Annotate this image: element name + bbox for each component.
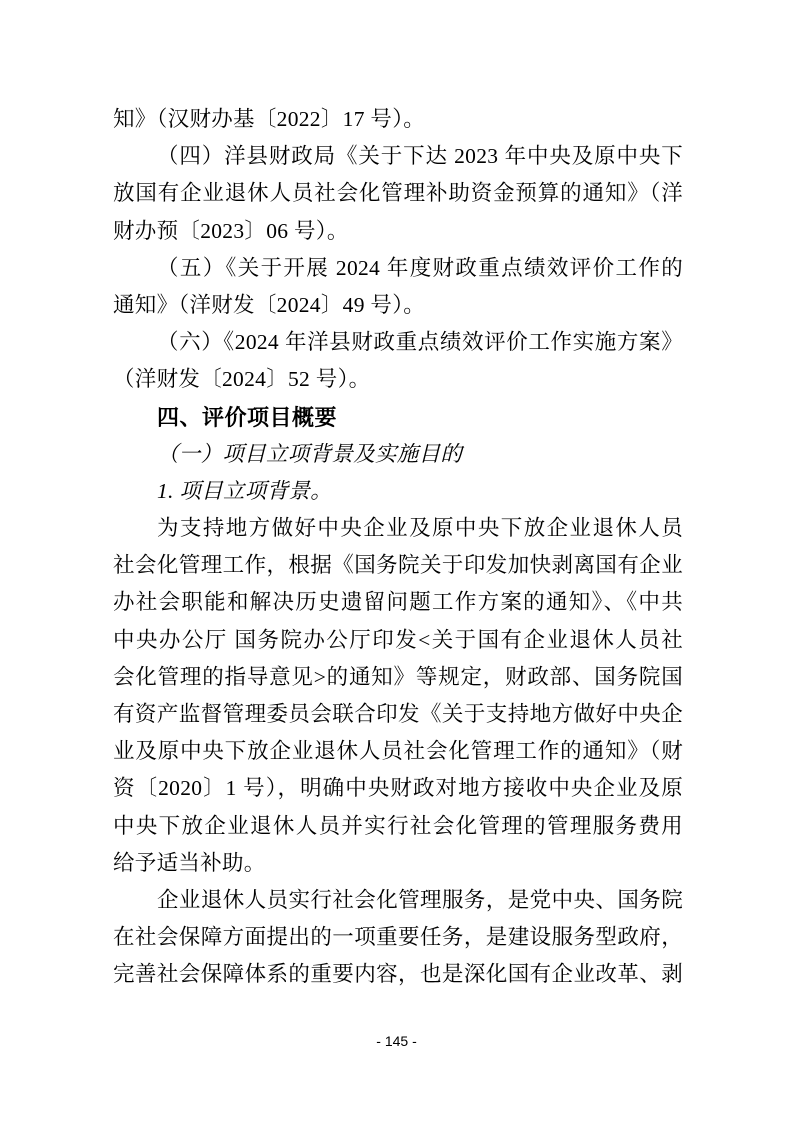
text-line: 1. 项目立项背景。 [113, 473, 683, 510]
text-line: 业及原中央下放企业退休人员社会化管理工作的通知》（财 [113, 733, 683, 770]
text-line: 知》（汉财办基〔2022〕17 号）。 [113, 101, 683, 138]
text-line: 社会化管理工作，根据《国务院关于印发加快剥离国有企业 [113, 547, 683, 584]
text-line: （洋财发〔2024〕52 号）。 [113, 361, 683, 398]
document-page: 知》（汉财办基〔2022〕17 号）。（四）洋县财政局《关于下达 2023 年中… [0, 0, 793, 1122]
text-line: 四、评价项目概要 [113, 399, 683, 436]
text-line: 办社会职能和解决历史遗留问题工作方案的通知》、《中共 [113, 584, 683, 621]
text-line: 在社会保障方面提出的一项重要任务，是建设服务型政府， [113, 919, 683, 956]
text-line: （五）《关于开展 2024 年度财政重点绩效评价工作的 [113, 250, 683, 287]
text-line: 放国有企业退休人员社会化管理补助资金预算的通知》（洋 [113, 175, 683, 212]
document-body: 知》（汉财办基〔2022〕17 号）。（四）洋县财政局《关于下达 2023 年中… [113, 101, 683, 994]
text-line: （一）项目立项背景及实施目的 [113, 436, 683, 473]
text-line: （六）《2024 年洋县财政重点绩效评价工作实施方案》 [113, 324, 683, 361]
text-line: 中央下放企业退休人员并实行社会化管理的管理服务费用 [113, 808, 683, 845]
text-line: 财办预〔2023〕06 号）。 [113, 213, 683, 250]
text-line: 为支持地方做好中央企业及原中央下放企业退休人员 [113, 510, 683, 547]
page-number: - 145 - [0, 1033, 793, 1049]
text-line: 会化管理的指导意见>的通知》等规定，财政部、国务院国 [113, 659, 683, 696]
text-line: 企业退休人员实行社会化管理服务，是党中央、国务院 [113, 882, 683, 919]
text-line: 中央办公厅 国务院办公厅印发<关于国有企业退休人员社 [113, 622, 683, 659]
text-line: 有资产监督管理委员会联合印发《关于支持地方做好中央企 [113, 696, 683, 733]
text-line: 给予适当补助。 [113, 845, 683, 882]
text-line: 完善社会保障体系的重要内容，也是深化国有企业改革、剥 [113, 956, 683, 993]
text-line: （四）洋县财政局《关于下达 2023 年中央及原中央下 [113, 138, 683, 175]
text-line: 通知》（洋财发〔2024〕49 号）。 [113, 287, 683, 324]
text-line: 资〔2020〕1 号），明确中央财政对地方接收中央企业及原 [113, 770, 683, 807]
